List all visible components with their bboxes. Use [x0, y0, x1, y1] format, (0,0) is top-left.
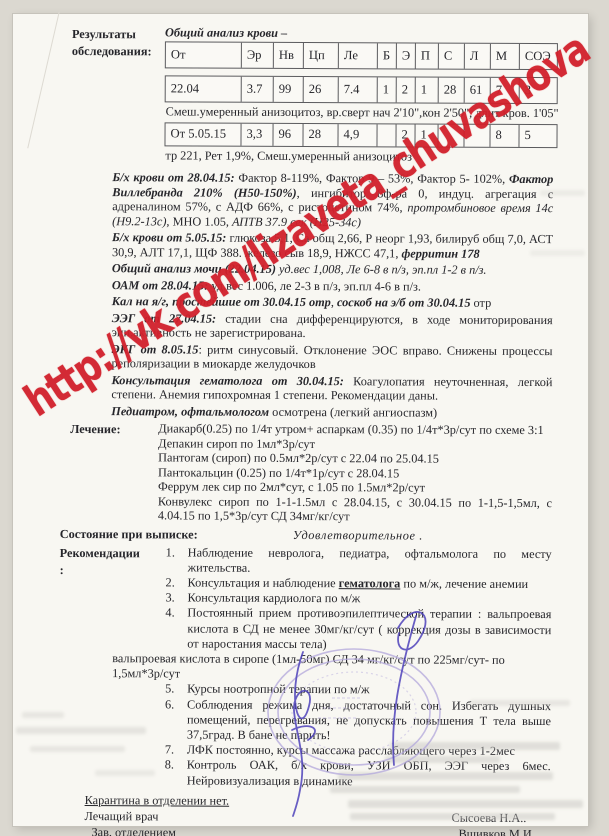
treatment-label: Лечение: — [70, 421, 158, 523]
treatment-list: Диакарб(0.25) по 1/4т утром+ аспаркам (0… — [158, 421, 552, 524]
discharge-state: Состояние при выписке: Удовлетворительно… — [60, 526, 552, 543]
table-cell: 7.4 — [339, 77, 378, 102]
table-cell: Л — [465, 44, 491, 69]
table-cell: 8 — [490, 125, 519, 147]
paragraph-hematologist-consult: Консультация гематолога от 30.04.15: Коа… — [111, 373, 552, 404]
text-segment: Общий анализ мочи (22.04.15) — [112, 261, 276, 276]
table-cell: 7 — [491, 78, 520, 103]
text-segment: ОАМ от 28.04.15: — [112, 278, 208, 292]
table-cell: 3,3 — [241, 124, 273, 146]
cbc-note-anisocytosis: Смеш.умеренный анизоцитоз, вр.сверт нач … — [165, 102, 559, 124]
table-cell — [464, 125, 490, 147]
text-segment: уд.вес 1.006, ле 2-3 в п/з, эп.пл 4-6 в … — [208, 278, 421, 293]
table-cell: 4,9 — [338, 124, 377, 146]
results-label: Результаты обследования: — [71, 26, 165, 166]
paragraph-pediatrician-ophthalmologist: Педиатром, офтальмологом осмотрена (легк… — [111, 404, 552, 420]
text-segment: Консультация кардиолога по м/ж — [187, 591, 360, 606]
recommendation-continuation: вальпроевая кислота в сиропе (1мл-50мг) … — [112, 651, 551, 683]
text-segment: ферритин 178 — [401, 246, 479, 260]
recommendation-item: 4.Постоянный прием противоэпилептической… — [165, 606, 551, 653]
recommendation-item: 1.Наблюдение невролога, педиатра, офталь… — [166, 545, 552, 577]
table-cell: 99 — [274, 77, 304, 102]
text-segment: отр — [470, 296, 491, 310]
recommendation-item: 2.Консультация и наблюдение гематолога п… — [166, 575, 552, 592]
text-segment: Курсы ноотропной терапии по м/ж — [187, 682, 370, 697]
text-segment: ЭЭГ от 27.04.15: — [112, 311, 216, 325]
table-cell: 2 — [397, 77, 416, 102]
table-cell: От 5.05.15 — [165, 123, 241, 145]
text-segment: Кал на я/г, простейшие от 30.04.15 отр — [112, 294, 331, 309]
discharge-label: Состояние при выписке: — [60, 526, 293, 542]
recommendation-number: 3. — [165, 591, 187, 606]
recommendation-number: 1. — [166, 545, 188, 576]
text-segment: Фактор 8-119%, Фактор 9 – 53%, Фактор 5-… — [235, 171, 509, 186]
paragraph-urinalysis-280415: ОАМ от 28.04.15: уд.вес 1.006, ле 2-3 в … — [112, 278, 553, 294]
treatment-item: Феррум лек сир по 2мл*сут, с 1.05 по 1.5… — [158, 479, 552, 495]
table-cell: Ле — [339, 43, 378, 68]
recommendation-item: 3.Консультация кардиолога по м/ж — [165, 591, 551, 608]
document-content: Результаты обследования: Общий анализ кр… — [68, 26, 554, 836]
recommendation-number: 5. — [165, 682, 187, 697]
table-cell: 3.7 — [242, 77, 274, 102]
table-cell: 1 — [415, 125, 438, 147]
table-cell: Цп — [304, 43, 339, 68]
text-segment: Постоянный прием противоэпилептической т… — [187, 606, 551, 651]
head-of-department-name: Вшивков М.И. — [458, 826, 534, 836]
bleed-through-line — [95, 770, 155, 776]
paragraph-urinalysis-220415: Общий анализ мочи (22.04.15) уд.вес 1,00… — [112, 261, 553, 277]
table-cell: СОЭ — [520, 44, 557, 69]
text-segment: Б/х крови от 5.05.15: — [112, 230, 226, 244]
scanned-document: Результаты обследования: Общий анализ кр… — [0, 0, 609, 836]
table-cell: 26 — [304, 77, 339, 102]
recommendations-section: Рекомендации : 1.Наблюдение невролога, п… — [59, 544, 552, 789]
bleed-through-line — [338, 772, 553, 780]
bleed-through-line — [350, 813, 555, 820]
bleed-through-line — [330, 786, 520, 793]
bleed-through-line — [348, 800, 583, 808]
paragraph-ecg: ЭКГ от 8.05.15: ритм синусовый. Отклонен… — [111, 342, 552, 373]
lab-findings: Б/х крови от 28.04.15: Фактор 8-119%, Фа… — [111, 170, 553, 420]
table-cell: П — [416, 44, 439, 69]
paragraph-biochem-280415: Б/х крови от 28.04.15: Фактор 8-119%, Фа… — [112, 170, 553, 230]
recommendation-item: 5.Курсы ноотропной терапии по м/ж — [165, 682, 551, 699]
text-segment: Б/х крови от 28.04.15: — [112, 170, 234, 185]
table-cell: Эр — [242, 43, 274, 68]
bleed-through-line — [530, 250, 585, 256]
text-segment: АПТВ 37.9 сек (Н25-34с) — [232, 214, 361, 229]
table-cell: Нв — [274, 43, 304, 68]
paper-crease — [27, 12, 59, 149]
recommendation-number: 2. — [166, 575, 188, 590]
recommendation-number: 8. — [165, 758, 187, 789]
treatment-item: Конвулекс сироп по 1-1-1.5мл с 28.04.15,… — [158, 494, 552, 525]
text-segment: Наблюдение невролога, педиатра, офтальмо… — [188, 545, 552, 574]
cbc-note-platelets: тр 221, Рет 1,9%, Смеш.умеренный анизоци… — [164, 146, 558, 168]
table-cell: Б — [378, 43, 397, 68]
bleed-through-line — [470, 700, 570, 706]
table-cell: От — [166, 42, 242, 67]
bleed-through-line — [390, 742, 560, 750]
recommendations-label-colon: : — [60, 561, 166, 578]
bleed-through-line — [30, 746, 125, 752]
bleed-through-line — [16, 727, 146, 734]
table-cell — [377, 124, 396, 146]
recommendations-label-text: Рекомендации — [60, 544, 166, 561]
head-of-department-row: Зав. отделением Вшивков М.И. — [84, 825, 550, 836]
table-cell — [438, 125, 464, 147]
results-section: Результаты обследования: Общий анализ кр… — [71, 26, 554, 168]
table-cell: 1 — [378, 77, 397, 102]
text-segment: соскоб на э/б от 30.04.15 — [337, 295, 471, 310]
table-cell: 28 — [303, 124, 338, 146]
table-cell: 22.04 — [166, 76, 242, 101]
bleed-through-line — [22, 712, 64, 718]
cbc-title: Общий анализ крови – — [165, 26, 559, 43]
head-of-department-label: Зав. отделением — [84, 825, 458, 836]
paragraph-eeg: ЭЭГ от 27.04.15: стадии сна дифференциру… — [112, 311, 553, 342]
paragraph-biochem-050515: Б/х крови от 5.05.15: глюкоза 5,1, Са об… — [112, 230, 553, 261]
table-cell: С — [439, 44, 465, 69]
text-segment: Педиатром, офтальмологом — [111, 404, 269, 419]
treatment-item: Пантогам (сироп) по 0.5мл*2р/сут с 22.04… — [158, 450, 552, 466]
table-cell: 3 — [520, 78, 557, 103]
table-cell: Э — [397, 43, 416, 68]
bleed-through-line — [540, 190, 585, 196]
table-cell: 1 — [416, 78, 439, 103]
cbc-table-header-row: ОтЭрНвЦпЛеБЭПСЛМСОЭ — [165, 41, 558, 70]
table-cell: 61 — [465, 78, 491, 103]
table-cell: 96 — [273, 124, 303, 146]
recommendation-text: Курсы ноотропной терапии по м/ж — [187, 682, 551, 699]
recommendation-text: Консультация и наблюдение гематолога по … — [188, 575, 552, 592]
text-segment: Консультация гематолога от 30.04.15: — [111, 373, 343, 388]
cbc-table-row-2204: 22.043.799267.4121286173 — [165, 75, 558, 104]
cbc-table-row-0505: От 5.05.153,396284,92185 — [164, 122, 557, 148]
results-label-line1: Результаты — [72, 26, 165, 43]
text-segment: уд.вес 1,008, Ле 6-8 в п/з, эп.пл 1-2 в … — [276, 262, 487, 277]
text-segment: осмотрена (легкий ангиоспазм) — [269, 404, 437, 419]
bleed-through-line — [385, 756, 500, 763]
table-cell: М — [491, 44, 520, 69]
cbc-block: Общий анализ крови – ОтЭрНвЦпЛеБЭПСЛМСОЭ… — [164, 26, 559, 168]
table-cell: 28 — [439, 78, 465, 103]
recommendation-number: 4. — [165, 606, 187, 652]
discharge-value: Удовлетворительное . — [293, 527, 423, 543]
text-segment: по м/ж, лечение анемии — [400, 576, 528, 591]
text-segment: Консультация и наблюдение — [188, 575, 339, 590]
recommendation-number: 7. — [165, 743, 187, 758]
recommendation-text: Постоянный прием противоэпилептической т… — [187, 606, 551, 653]
results-label-line2: обследования: — [72, 43, 165, 60]
text-segment: гематолога — [339, 576, 401, 590]
text-segment: ЭКГ от 8.05.15 — [112, 342, 199, 356]
table-cell: 2 — [396, 124, 415, 146]
treatment-item: Диакарб(0.25) по 1/4т утром+ аспаркам (0… — [158, 421, 552, 437]
treatment-section: Лечение: Диакарб(0.25) по 1/4т утром+ ас… — [70, 421, 552, 525]
paragraph-stool-tests: Кал на я/г, простейшие от 30.04.15 отр, … — [112, 294, 553, 310]
table-cell: 5 — [519, 125, 556, 147]
recommendation-number: 6. — [165, 697, 187, 743]
text-segment: , МНО 1.05, — [166, 214, 232, 228]
recommendations-list: 1.Наблюдение невролога, педиатра, офталь… — [165, 545, 552, 790]
recommendation-text: Наблюдение невролога, педиатра, офтальмо… — [188, 545, 552, 577]
recommendation-text: Консультация кардиолога по м/ж — [187, 591, 551, 608]
